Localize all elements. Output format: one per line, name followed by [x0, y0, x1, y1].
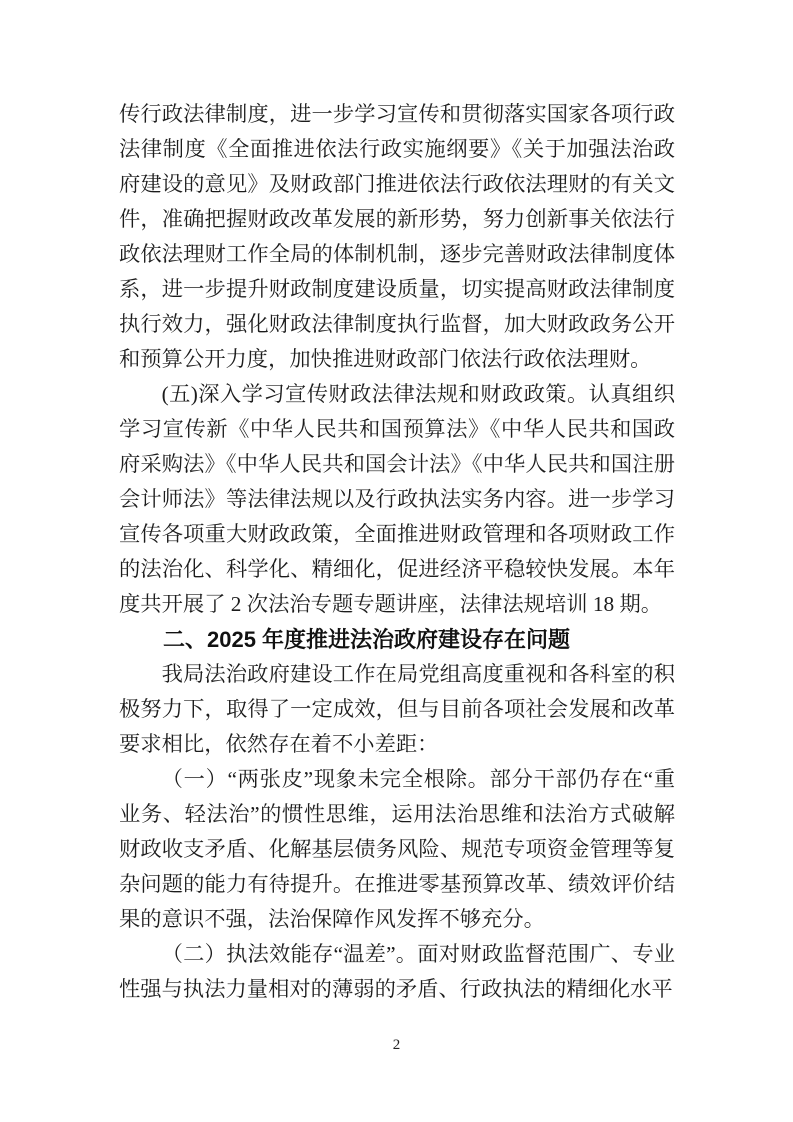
paragraph-issue-one: （一）“两张皮”现象未完全根除。部分干部仍存在“重业务、轻法治”的惯性思维，运用… — [119, 762, 675, 937]
document-page: 传行政法律制度，进一步学习宣传和贯彻落实国家各项行政法律制度《全面推进依法行政实… — [0, 0, 793, 1122]
paragraph-continuation: 传行政法律制度，进一步学习宣传和贯彻落实国家各项行政法律制度《全面推进依法行政实… — [119, 97, 675, 377]
section-heading: 二、2025 年度推进法治政府建设存在问题 — [119, 622, 675, 657]
page-number: 2 — [0, 1036, 793, 1054]
paragraph-intro: 我局法治政府建设工作在局党组高度重视和各科室的积极努力下，取得了一定成效，但与目… — [119, 657, 675, 762]
paragraph-issue-two: （二）执法效能存“温差”。面对财政监督范围广、专业性强与执法力量相对的薄弱的矛盾… — [119, 937, 675, 1007]
paragraph-item-five: (五)深入学习宣传财政法律法规和财政政策。认真组织学习宣传新《中华人民共和国预算… — [119, 377, 675, 622]
page-content: 传行政法律制度，进一步学习宣传和贯彻落实国家各项行政法律制度《全面推进依法行政实… — [119, 97, 675, 1007]
